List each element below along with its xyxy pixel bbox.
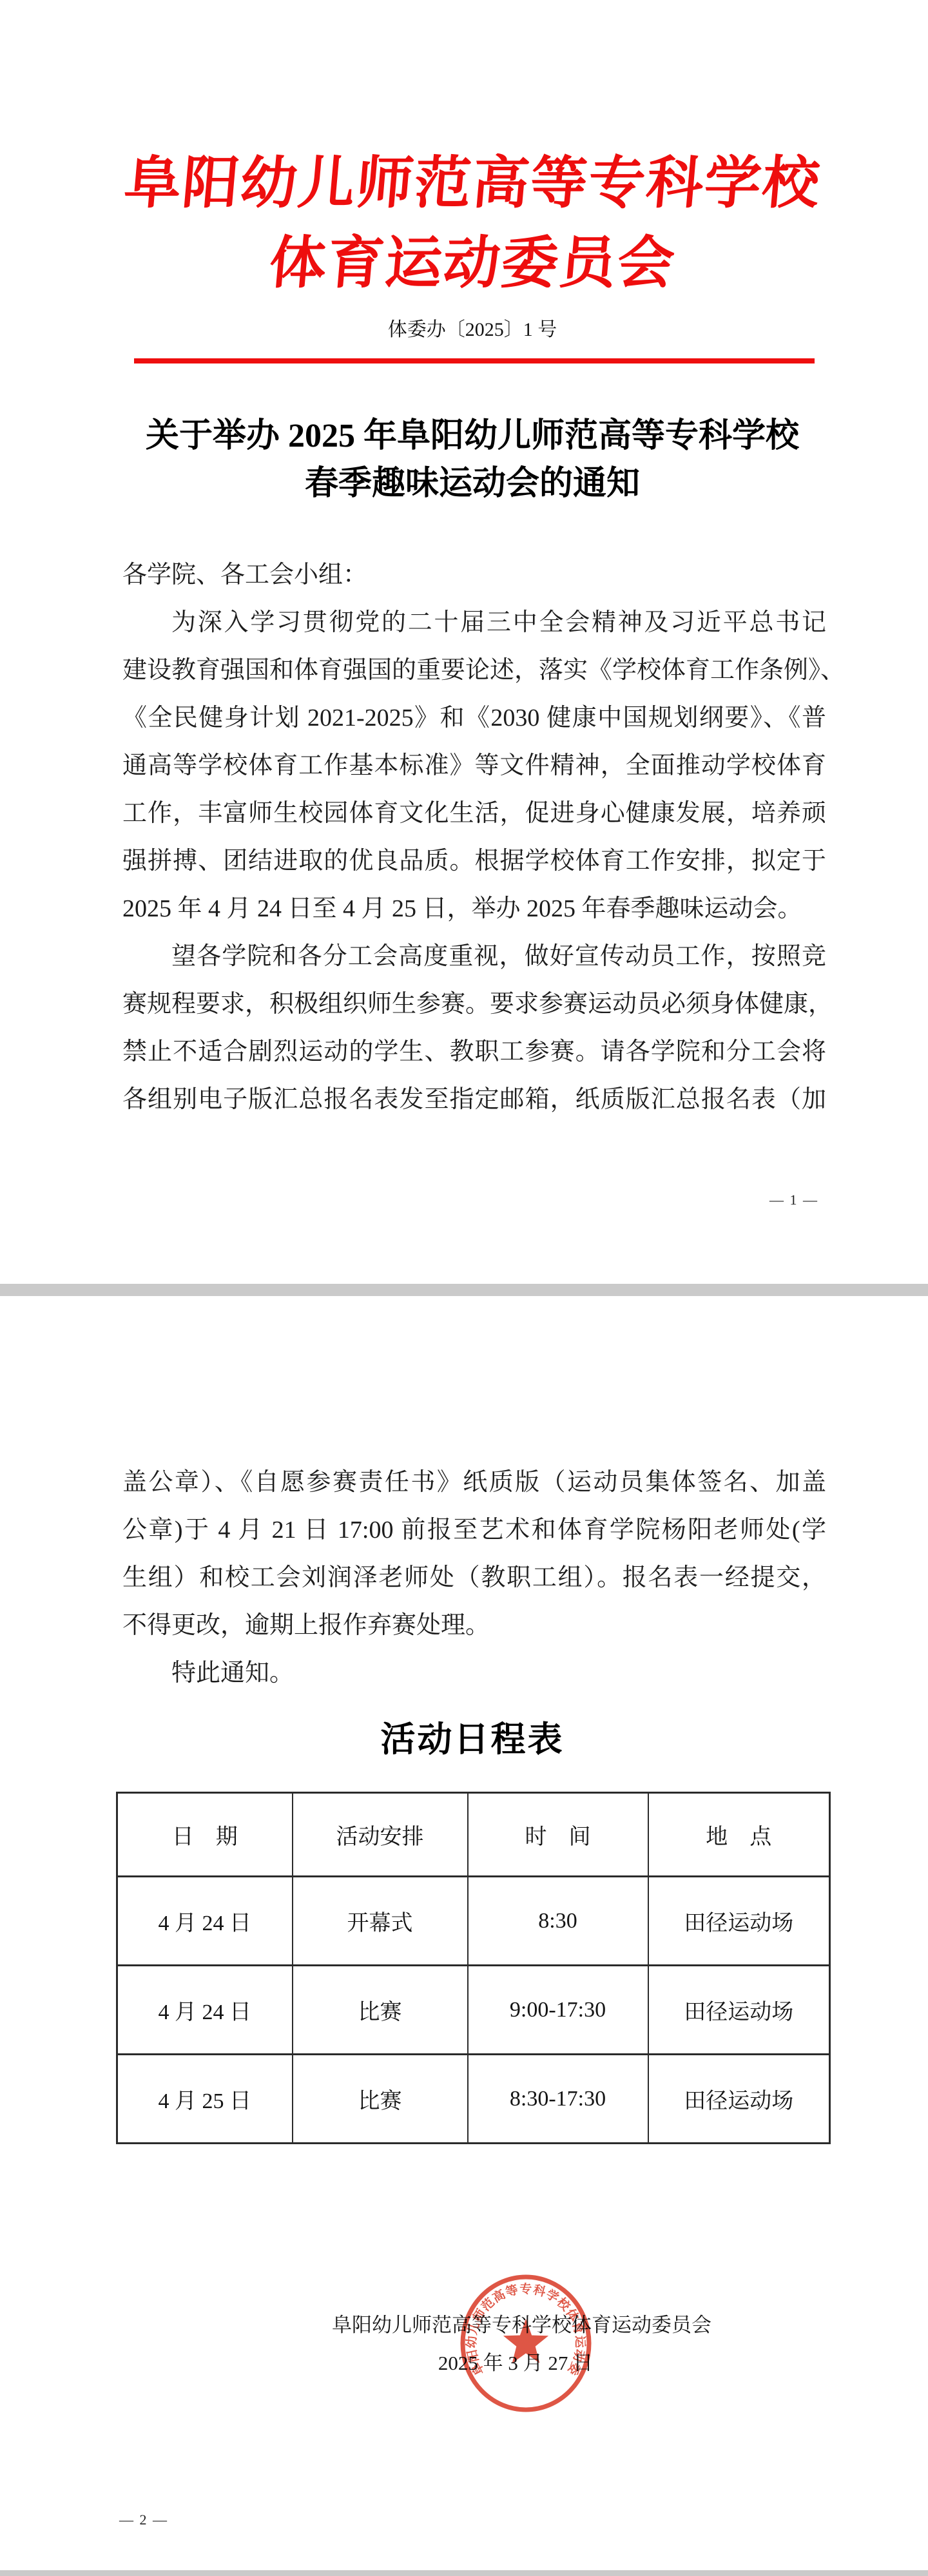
- body-line: 通高等学校体育工作基本标准》等文件精神，全面推动学校体育: [122, 742, 826, 789]
- body-line: 工作，丰富师生校园体育文化生活，促进身心健康发展，培养顽: [122, 789, 826, 837]
- cell-place: 田径运动场: [648, 2055, 830, 2144]
- body-line: 建设教育强国和体育强国的重要论述，落实《学校体育工作条例》、: [122, 646, 826, 694]
- notice-title-line2: 春季趣味运动会的通知: [17, 465, 928, 503]
- cell-activity: 比赛: [293, 2055, 468, 2144]
- document-number: 体委办〔2025〕1 号: [17, 318, 928, 342]
- body-line: 强拼搏、团结进取的优良品质。根据学校体育工作安排，拟定于: [122, 837, 826, 885]
- schedule-table: 日 期 活动安排 时 间 地 点 4 月 24 日 开幕式 8:30 田径运动场…: [116, 1792, 831, 2144]
- cell-date: 4 月 24 日: [117, 1966, 293, 2055]
- body-line: 不得更改，逾期上报作弃赛处理。: [122, 1602, 826, 1649]
- cell-place: 田径运动场: [648, 1877, 830, 1966]
- column-header-activity: 活动安排: [293, 1793, 468, 1877]
- table-header-row: 日 期 活动安排 时 间 地 点: [117, 1793, 830, 1877]
- body-line: 生组）和校工会刘润泽老师处（教职工组）。报名表一经提交，: [122, 1554, 826, 1602]
- red-divider-rule: [134, 358, 815, 363]
- page1-number: — 1 —: [749, 1191, 839, 1209]
- body-line: 禁止不适合剧烈运动的学生、教职工参赛。请各学院和分工会将: [122, 1028, 826, 1076]
- notice-title-line1: 关于举办 2025 年阜阳幼儿师范高等专科学校: [17, 418, 928, 455]
- next-page-separator: [0, 2570, 928, 2576]
- body-line: 望各学院和各分工会高度重视，做好宣传动员工作，按照竞: [122, 933, 826, 980]
- table-row: 4 月 24 日 开幕式 8:30 田径运动场: [117, 1877, 830, 1966]
- body-line: 2025 年 4 月 24 日至 4 月 25 日，举办 2025 年春季趣味运…: [122, 885, 826, 933]
- body-line: 各组别电子版汇总报名表发至指定邮箱，纸质版汇总报名表（加: [122, 1076, 826, 1123]
- cell-time: 8:30: [468, 1877, 648, 1966]
- seal-curved-text: 阜阳幼儿师范高等专科学校体育运动委员会: [451, 2265, 588, 2378]
- cell-activity: 比赛: [293, 1966, 468, 2055]
- cell-date: 4 月 25 日: [117, 2055, 293, 2144]
- issuer-name-line2: 体育运动委员会: [14, 224, 928, 304]
- page2-number: — 2 —: [98, 2511, 189, 2529]
- cell-time: 8:30-17:30: [468, 2055, 648, 2144]
- body-line: 《全民健身计划 2021-2025》和《2030 健康中国规划纲要》、《普: [122, 694, 826, 742]
- cell-activity: 开幕式: [293, 1877, 468, 1966]
- star-icon: [503, 2319, 548, 2363]
- body-line: 赛规程要求，积极组织师生参赛。要求参赛运动员必须身体健康，: [122, 980, 826, 1028]
- issuer-name-line1: 阜阳幼儿师范高等专科学校: [14, 144, 928, 224]
- table-row: 4 月 24 日 比赛 9:00-17:30 田径运动场: [117, 1966, 830, 2055]
- page2-body: 盖公章）、《自愿参赛责任书》纸质版（运动员集体签名、加盖 公章)于 4 月 21…: [122, 1458, 826, 1697]
- schedule-table-title: 活动日程表: [17, 1721, 928, 1758]
- column-header-time: 时 间: [468, 1793, 648, 1877]
- body-line: 为深入学习贯彻党的二十届三中全会精神及习近平总书记: [122, 599, 826, 646]
- salutation: 各学院、各工会小组：: [122, 551, 826, 599]
- body-line: 公章)于 4 月 21 日 17:00 前报至艺术和体育学院杨阳老师处(学: [122, 1506, 826, 1554]
- closing-line: 特此通知。: [122, 1649, 826, 1697]
- page-separator: [0, 1284, 928, 1296]
- column-header-place: 地 点: [648, 1793, 830, 1877]
- column-header-date: 日 期: [117, 1793, 293, 1877]
- page1-body: 各学院、各工会小组： 为深入学习贯彻党的二十届三中全会精神及习近平总书记 建设教…: [122, 551, 826, 1123]
- cell-time: 9:00-17:30: [468, 1966, 648, 2055]
- document-canvas: { "colors": { "header_red": "#ee0e0e", "…: [0, 0, 928, 2576]
- cell-date: 4 月 24 日: [117, 1877, 293, 1966]
- body-line: 盖公章）、《自愿参赛责任书》纸质版（运动员集体签名、加盖: [122, 1458, 826, 1506]
- cell-place: 田径运动场: [648, 1966, 830, 2055]
- official-seal: 阜阳幼儿师范高等专科学校体育运动委员会: [451, 2265, 601, 2423]
- table-row: 4 月 25 日 比赛 8:30-17:30 田径运动场: [117, 2055, 830, 2144]
